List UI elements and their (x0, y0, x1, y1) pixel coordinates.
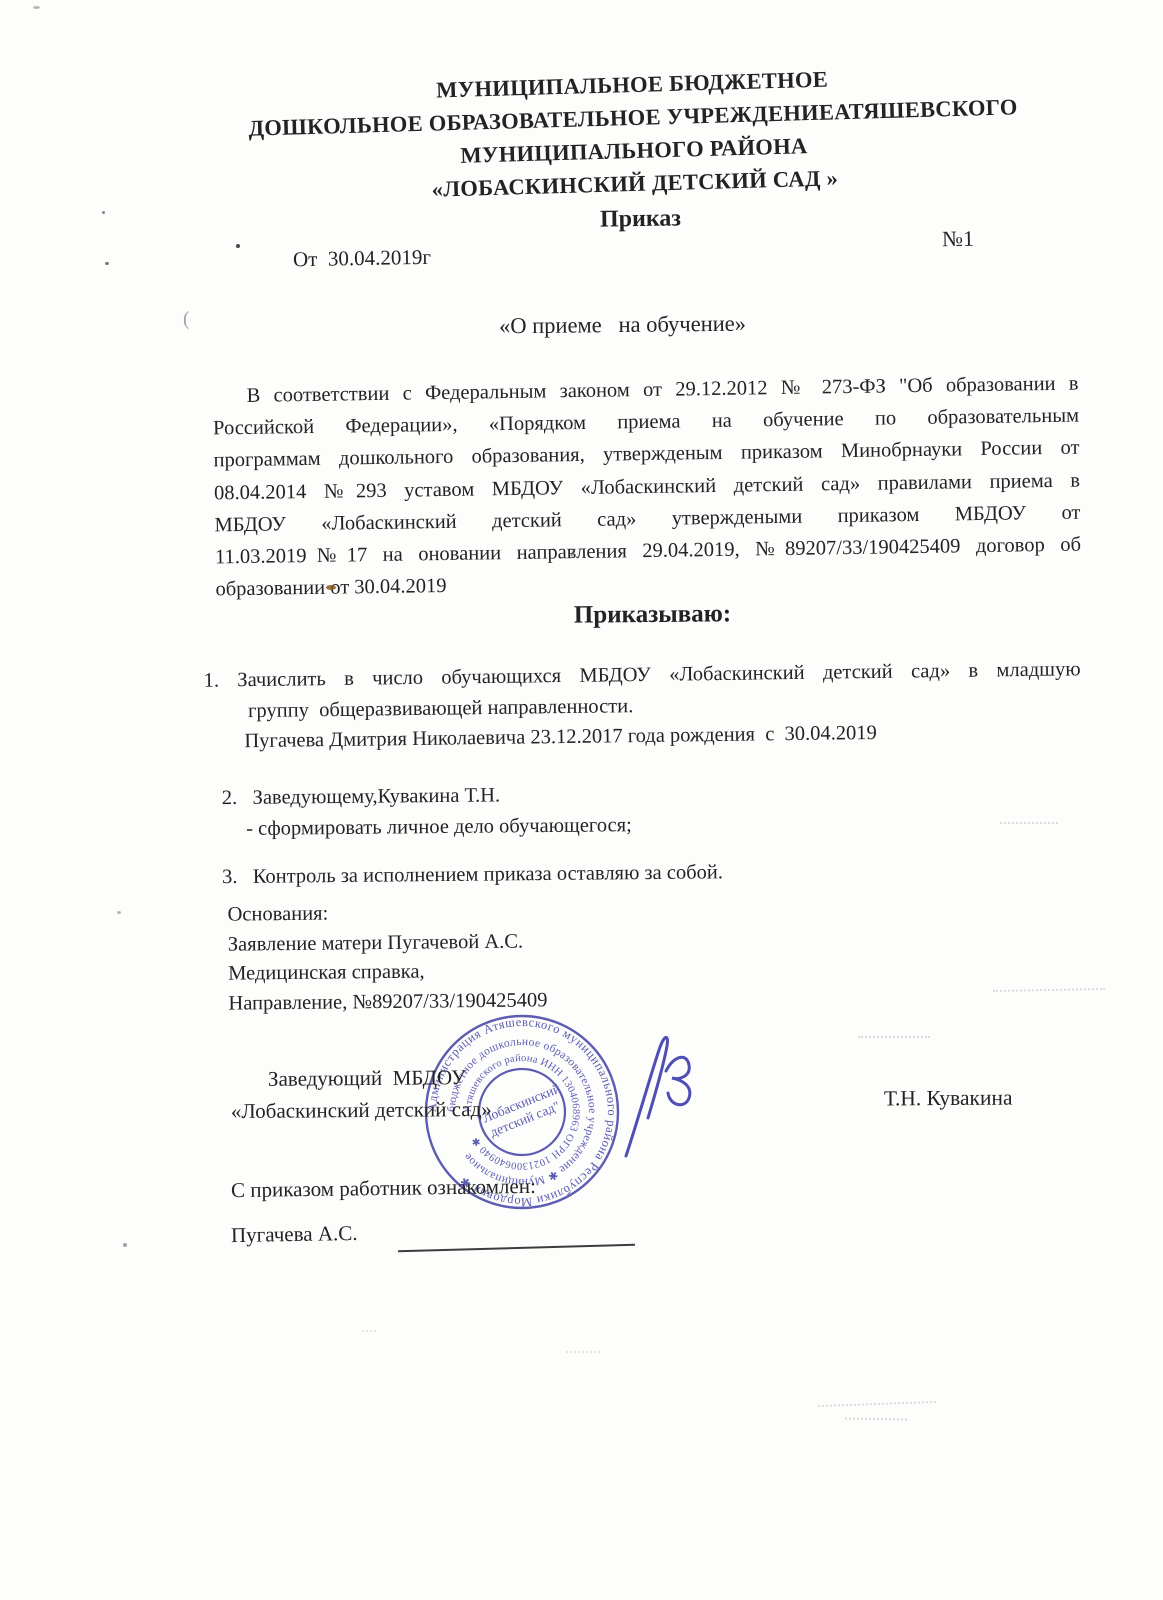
scan-artifact-smudge-2 (993, 988, 1105, 992)
employee-name: Пугачева А.С. (231, 1221, 358, 1248)
order-item-2: 2. Заведующему,Кувакина Т.Н. - сформиров… (222, 775, 1083, 844)
head-name: Т.Н. Кувакина (884, 1086, 1013, 1112)
scan-artifact-dot-2 (102, 211, 105, 214)
order-item-3-line-1: 3. Контроль за исполнением приказа остав… (222, 854, 1082, 893)
grounds-block: Основания: Заявление матери Пугачевой А.… (227, 897, 547, 1019)
scan-artifact-dot-6 (33, 6, 40, 9)
handwritten-signature (596, 1016, 726, 1166)
grounds-heading: Основания: (227, 897, 546, 930)
scan-artifact-smudge-7 (362, 1330, 376, 1332)
scan-artifact-smudge-3 (858, 1036, 930, 1038)
order-item-1: 1. Зачислить в число обучающихся МБДОУ «… (203, 654, 1081, 757)
order-number: №1 (942, 226, 974, 253)
scan-artifact-dot-3 (105, 262, 109, 265)
scanned-order-document: МУНИЦИПАЛЬНОЕ БЮДЖЕТНОЕ ДОШКОЛЬНОЕ ОБРАЗ… (0, 0, 1163, 1600)
scan-artifact-dot-5 (123, 1243, 127, 1247)
scan-artifact-smudge-6 (566, 1351, 600, 1353)
grounds-line-2: Медицинская справка, (228, 957, 547, 990)
letterhead: МУНИЦИПАЛЬНОЕ БЮДЖЕТНОЕ ДОШКОЛЬНОЕ ОБРАЗ… (50, 52, 1163, 216)
scan-artifact-paren: ( (183, 308, 190, 331)
order-item-3: 3. Контроль за исполнением приказа остав… (222, 854, 1082, 893)
preamble-paragraph: В соответствии с Федеральным законом от … (212, 368, 1081, 606)
head-position-line-2: «Лобаскинский детский сад» (231, 1097, 492, 1124)
scan-artifact-smudge-5 (845, 1417, 907, 1420)
order-date: От 30.04.2019г (293, 245, 431, 272)
scan-artifact-dot-4 (117, 911, 121, 914)
scan-artifact-dot-1 (236, 244, 240, 248)
signature-stroke-main (626, 1037, 667, 1156)
scan-artifact-smudge-4 (818, 1401, 936, 1407)
grounds-line-1: Заявление матери Пугачевой А.С. (228, 927, 547, 960)
signature-underline (398, 1244, 635, 1253)
scan-artifact-smudge-1 (1000, 822, 1058, 824)
scan-artifact-fleck (326, 585, 336, 590)
order-subject: «О приеме на обучение» (41, 306, 1163, 344)
head-position-line-1: Заведующий МБДОУ (268, 1065, 466, 1092)
signature-stroke-loop (666, 1057, 690, 1104)
acknowledgement-line: С приказом работник ознакомлен: (231, 1174, 536, 1203)
